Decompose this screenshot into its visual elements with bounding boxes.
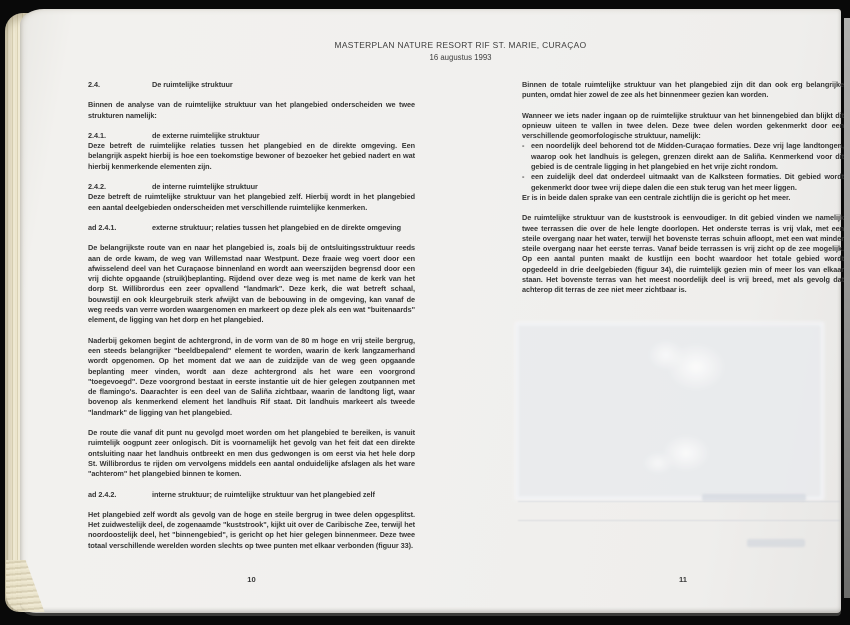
left-column: 2.4.De ruimtelijke struktuurBinnen de an… <box>88 80 415 551</box>
section-number: ad 2.4.1. <box>88 223 152 233</box>
show-through-line <box>518 520 840 521</box>
page-spread: MASTERPLAN NATURE RESORT RIF ST. MARIE, … <box>20 9 841 613</box>
list-bullet: - <box>522 172 524 182</box>
section-heading: 2.4.2.de interne ruimtelijke struktuur <box>88 182 415 192</box>
document-title: MASTERPLAN NATURE RESORT RIF ST. MARIE, … <box>240 40 681 50</box>
document-date: 16 augustus 1993 <box>240 53 681 62</box>
section-title: interne struktuur; de ruimtelijke strukt… <box>152 490 375 500</box>
paragraph: Deze betreft de ruimtelijke struktuur va… <box>88 192 415 213</box>
section-number: 2.4.1. <box>88 131 152 141</box>
page-number-left: 10 <box>88 575 415 584</box>
paragraph: Deze betreft de ruimtelijke relaties tus… <box>88 141 415 172</box>
book-right-page-edge <box>844 18 850 598</box>
section-title: De ruimtelijke struktuur <box>152 80 233 90</box>
list-text: een noordelijk deel behorend tot de Midd… <box>531 141 844 171</box>
list-text: een zuidelijk deel dat onderdeel uitmaak… <box>531 172 844 191</box>
paragraph: De belangrijkste route van en naar het p… <box>88 243 415 325</box>
section-heading: ad 2.4.2.interne struktuur; de ruimtelij… <box>88 490 415 500</box>
show-through-caption <box>702 494 806 501</box>
paragraph: Er is in beide dalen sprake van een cent… <box>522 193 844 203</box>
paragraph: Binnen de analyse van de ruimtelijke str… <box>88 100 415 121</box>
paragraph: De route die vanaf dit punt nu gevolgd m… <box>88 428 415 479</box>
list-item: - een zuidelijk deel dat onderdeel uitma… <box>522 172 844 193</box>
section-number: ad 2.4.2. <box>88 490 152 500</box>
section-number: 2.4. <box>88 80 152 90</box>
show-through-figure <box>515 322 824 500</box>
paragraph: Binnen de totale ruimtelijke struktuur v… <box>522 80 844 101</box>
page-number-right: 11 <box>522 575 844 584</box>
show-through-caption <box>747 539 805 547</box>
section-title: externe struktuur; relaties tussen het p… <box>152 223 401 233</box>
section-title: de externe ruimtelijke struktuur <box>152 131 259 141</box>
paragraph: Het plangebied zelf wordt als gevolg van… <box>88 510 415 551</box>
section-title: de interne ruimtelijke struktuur <box>152 182 258 192</box>
list-bullet: - <box>522 141 524 151</box>
section-heading: ad 2.4.1.externe struktuur; relaties tus… <box>88 223 415 233</box>
section-heading: 2.4.De ruimtelijke struktuur <box>88 80 415 90</box>
paragraph: Wanneer we iets nader ingaan op de ruimt… <box>522 111 844 142</box>
right-column: Binnen de totale ruimtelijke struktuur v… <box>522 80 844 296</box>
section-number: 2.4.2. <box>88 182 152 192</box>
section-heading: 2.4.1.de externe ruimtelijke struktuur <box>88 131 415 141</box>
paragraph: Naderbij gekomen begint de achtergrond, … <box>88 336 415 418</box>
show-through-line <box>518 501 840 502</box>
page-header: MASTERPLAN NATURE RESORT RIF ST. MARIE, … <box>240 40 681 62</box>
list-item: - een noordelijk deel behorend tot de Mi… <box>522 141 844 172</box>
book-photo: MASTERPLAN NATURE RESORT RIF ST. MARIE, … <box>0 0 850 625</box>
paragraph: De ruimtelijke struktuur van de kuststro… <box>522 213 844 295</box>
